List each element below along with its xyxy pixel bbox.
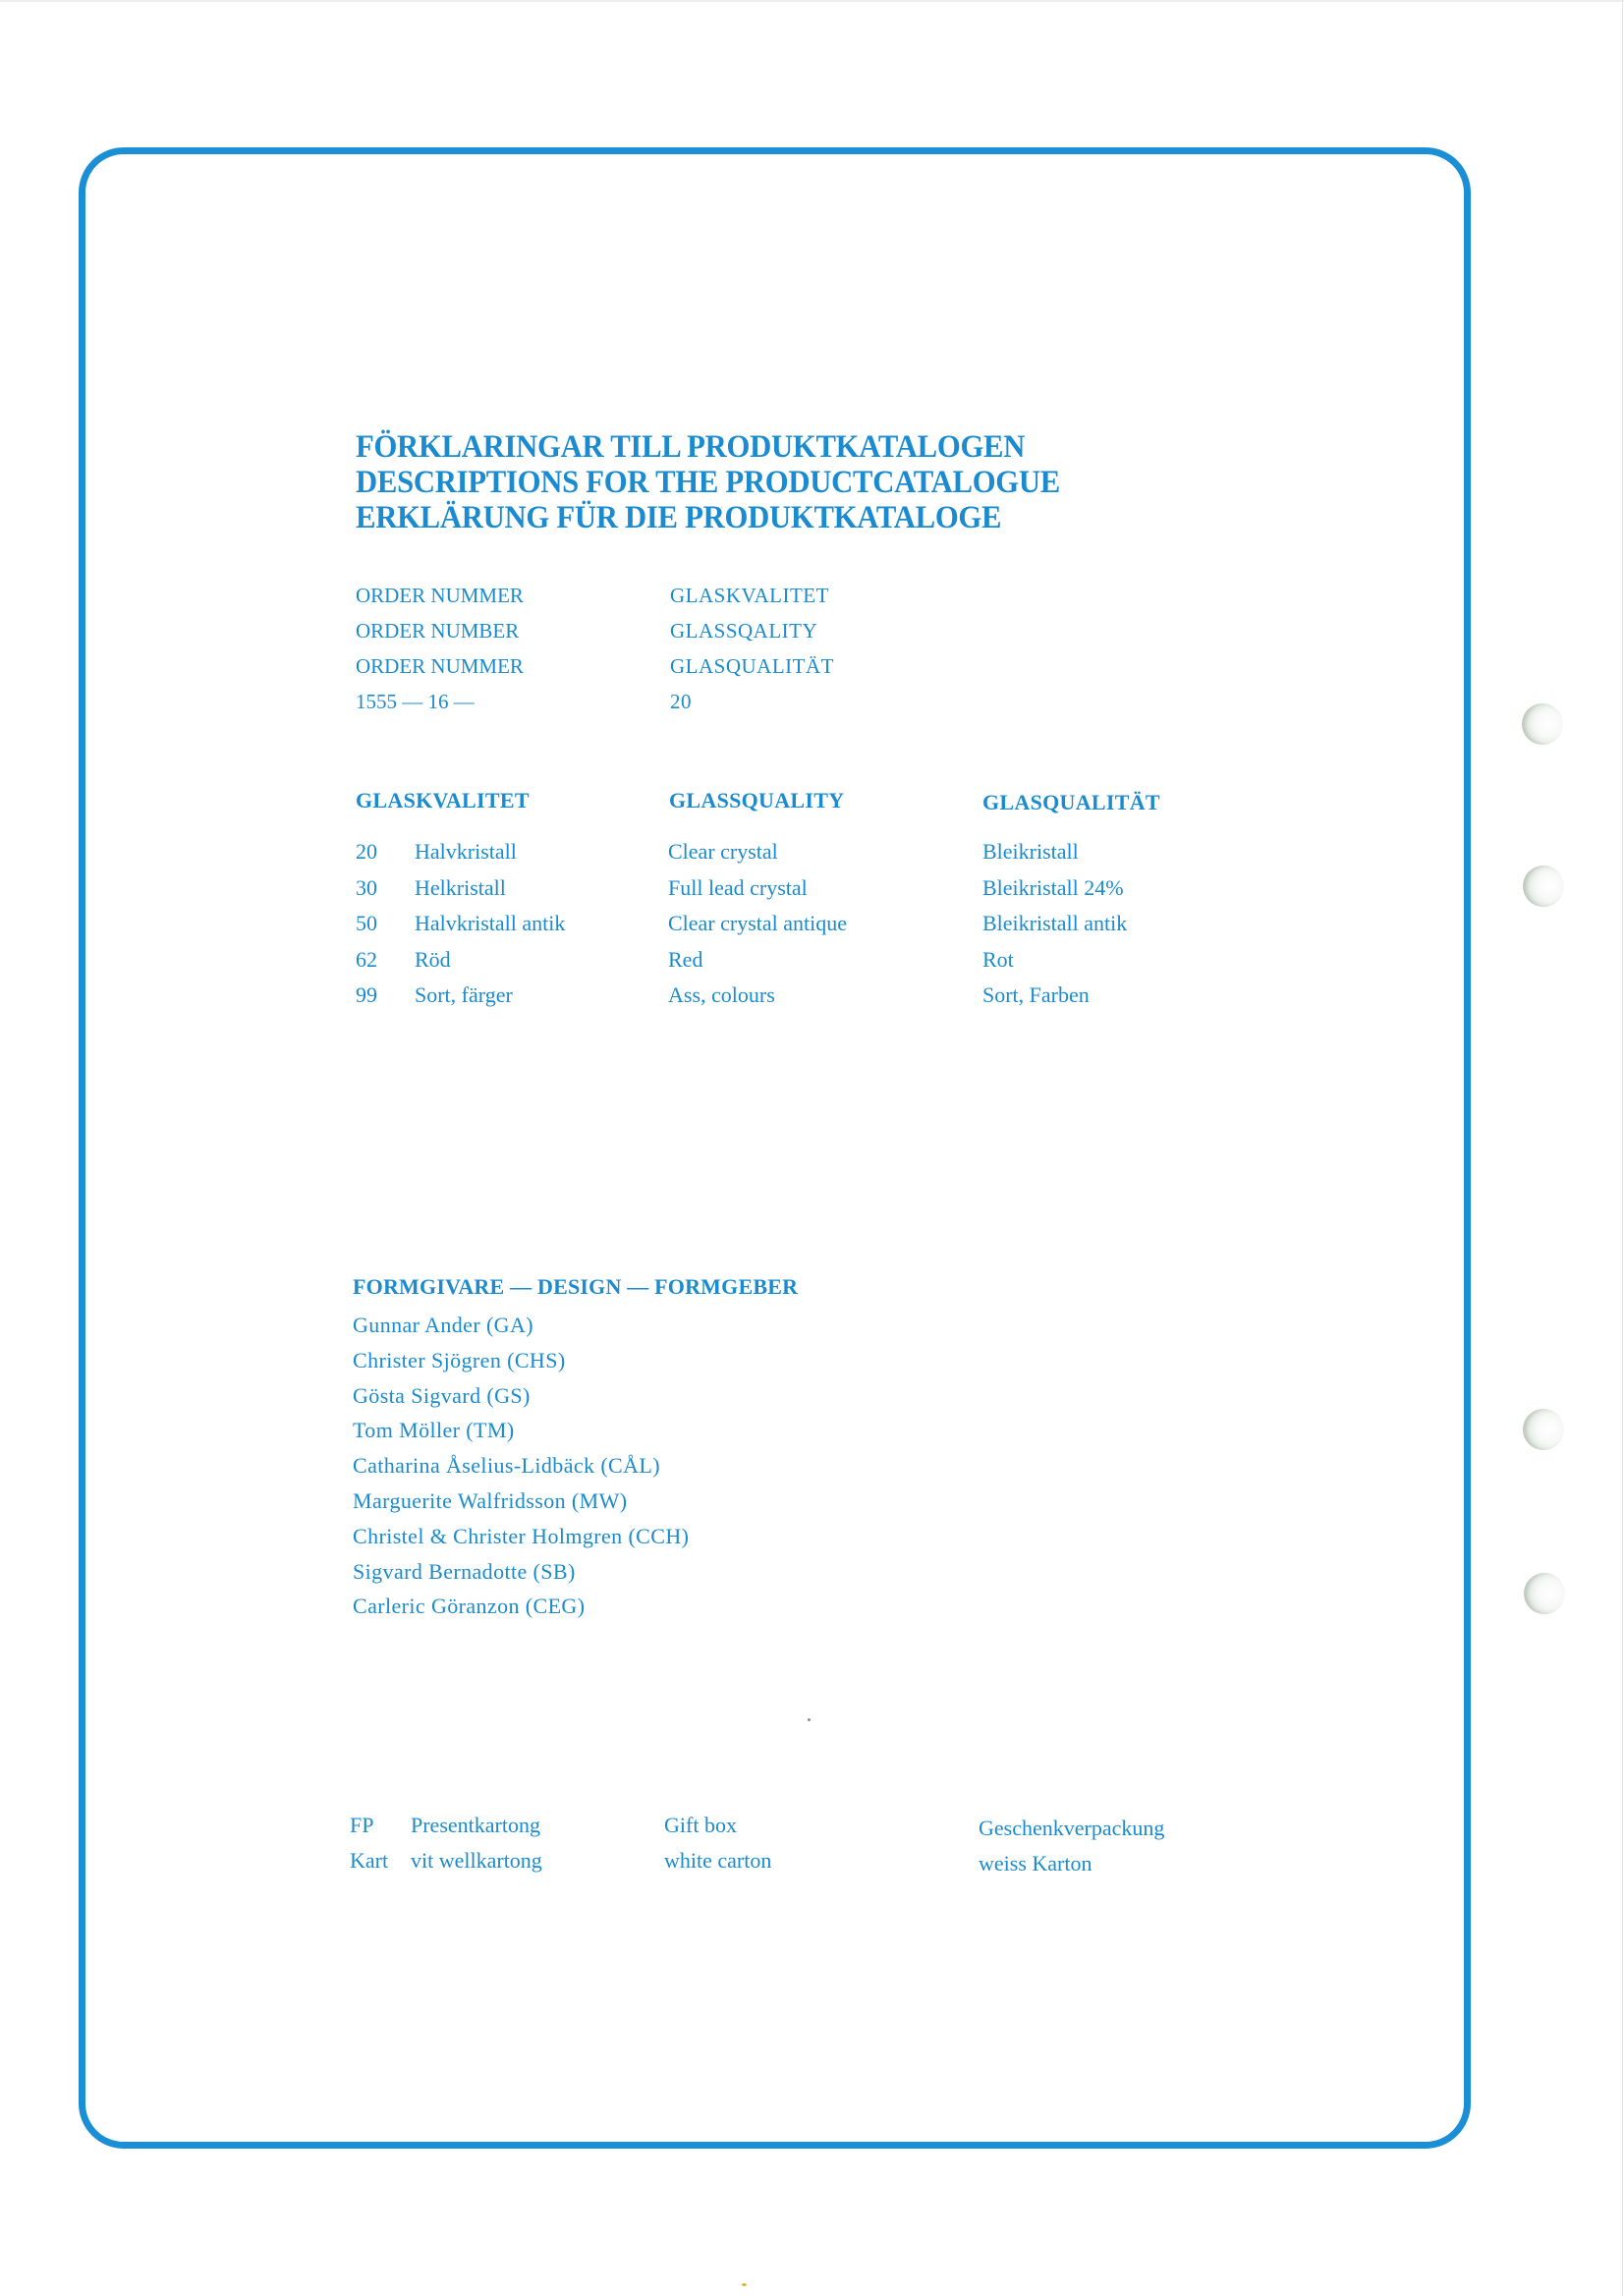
list-item: Marguerite Walfridsson (MW): [353, 1484, 798, 1519]
print-speck: [742, 2283, 747, 2286]
page-top-edge: [0, 0, 1624, 2]
page-right-edge: [1622, 0, 1623, 2296]
punch-hole-icon: [1522, 703, 1563, 745]
packaging-name-sv: Presentkartong: [411, 1813, 540, 1838]
column-header-sv: GLASKVALITET: [356, 788, 530, 813]
quality-name-de: Bleikristall 24%: [982, 875, 1124, 901]
table-row: FPPresentkartongGift boxGeschenkverpacku…: [350, 1813, 1293, 1848]
table-row: Kartvit wellkartongwhite cartonweiss Kar…: [350, 1848, 1293, 1883]
order-number-label-en: ORDER NUMBER: [356, 613, 524, 648]
packaging-table: FPPresentkartongGift boxGeschenkverpacku…: [350, 1813, 1293, 1883]
list-item: Christel & Christer Holmgren (CCH): [353, 1519, 798, 1554]
quality-name-de: Sort, Farben: [982, 982, 1090, 1008]
order-number-label-de: ORDER NUMMER: [356, 648, 524, 684]
quality-name-de: Bleikristall: [982, 839, 1079, 865]
list-item: Sigvard Bernadotte (SB): [353, 1554, 798, 1590]
column-header-en: GLASSQUALITY: [669, 788, 844, 813]
title-swedish: FÖRKLARINGAR TILL PRODUKTKATALOGEN: [356, 429, 1060, 465]
title-english: DESCRIPTIONS FOR THE PRODUCTCATALOGUE: [356, 465, 1060, 500]
column-header-de: GLASQUALITÄT: [982, 790, 1160, 815]
quality-name-en: Full lead crystal: [668, 875, 808, 901]
quality-name-sv: Helkristall: [415, 875, 506, 901]
quality-label-de: GLASQUALITÄT: [670, 648, 834, 684]
quality-name-en: Clear crystal: [668, 839, 778, 865]
list-item: Gösta Sigvard (GS): [353, 1378, 798, 1414]
quality-code: 20: [356, 839, 377, 865]
quality-name-de: Bleikristall antik: [982, 911, 1127, 936]
quality-code: 30: [356, 875, 377, 901]
quality-name-sv: Sort, färger: [415, 982, 513, 1008]
list-item: Catharina Åselius-Lidbäck (CÅL): [353, 1448, 798, 1484]
quality-code: 50: [356, 911, 377, 936]
order-number-example: 1555 — 16 —: [356, 684, 524, 719]
quality-name-en: Red: [668, 947, 702, 973]
quality-label-en: GLASSQALITY: [670, 613, 834, 648]
quality-code: 62: [356, 947, 377, 973]
quality-name-en: Clear crystal antique: [668, 911, 847, 936]
list-item: Gunnar Ander (GA): [353, 1308, 798, 1343]
punch-hole-icon: [1524, 1573, 1565, 1614]
packaging-name-de: weiss Karton: [979, 1851, 1092, 1876]
designers-heading: FORMGIVARE — DESIGN — FORMGEBER: [353, 1272, 798, 1302]
quality-name-de: Rot: [982, 947, 1014, 973]
order-number-label-sv: ORDER NUMMER: [356, 578, 524, 613]
packaging-code: FP: [350, 1813, 373, 1838]
glass-quality-code-block: GLASKVALITET GLASSQALITY GLASQUALITÄT 20: [670, 578, 834, 719]
quality-name-en: Ass, colours: [668, 982, 775, 1008]
page-title: FÖRKLARINGAR TILL PRODUKTKATALOGEN DESCR…: [356, 429, 1060, 535]
punch-hole-icon: [1523, 866, 1564, 907]
packaging-name-sv: vit wellkartong: [411, 1848, 542, 1874]
designers-section: FORMGIVARE — DESIGN — FORMGEBER Gunnar A…: [353, 1272, 798, 1624]
packaging-name-de: Geschenkverpackung: [979, 1816, 1164, 1841]
quality-name-sv: Halvkristall antik: [415, 911, 565, 936]
title-german: ERKLÄRUNG FÜR DIE PRODUKTKATALOGE: [356, 500, 1060, 535]
order-number-block: ORDER NUMMER ORDER NUMBER ORDER NUMMER 1…: [356, 578, 524, 719]
quality-name-sv: Halvkristall: [415, 839, 517, 865]
punch-hole-icon: [1523, 1409, 1564, 1450]
list-item: Carleric Göranzon (CEG): [353, 1589, 798, 1624]
quality-name-sv: Röd: [415, 947, 451, 973]
list-item: Christer Sjögren (CHS): [353, 1343, 798, 1378]
designer-list: Gunnar Ander (GA)Christer Sjögren (CHS)G…: [353, 1308, 798, 1624]
print-speck: [808, 1718, 811, 1721]
packaging-name-en: white carton: [664, 1848, 771, 1874]
quality-label-sv: GLASKVALITET: [670, 578, 834, 613]
list-item: Tom Möller (TM): [353, 1413, 798, 1448]
quality-code: 99: [356, 982, 377, 1008]
packaging-code: Kart: [350, 1848, 388, 1874]
quality-example: 20: [670, 684, 834, 719]
packaging-name-en: Gift box: [664, 1813, 737, 1838]
